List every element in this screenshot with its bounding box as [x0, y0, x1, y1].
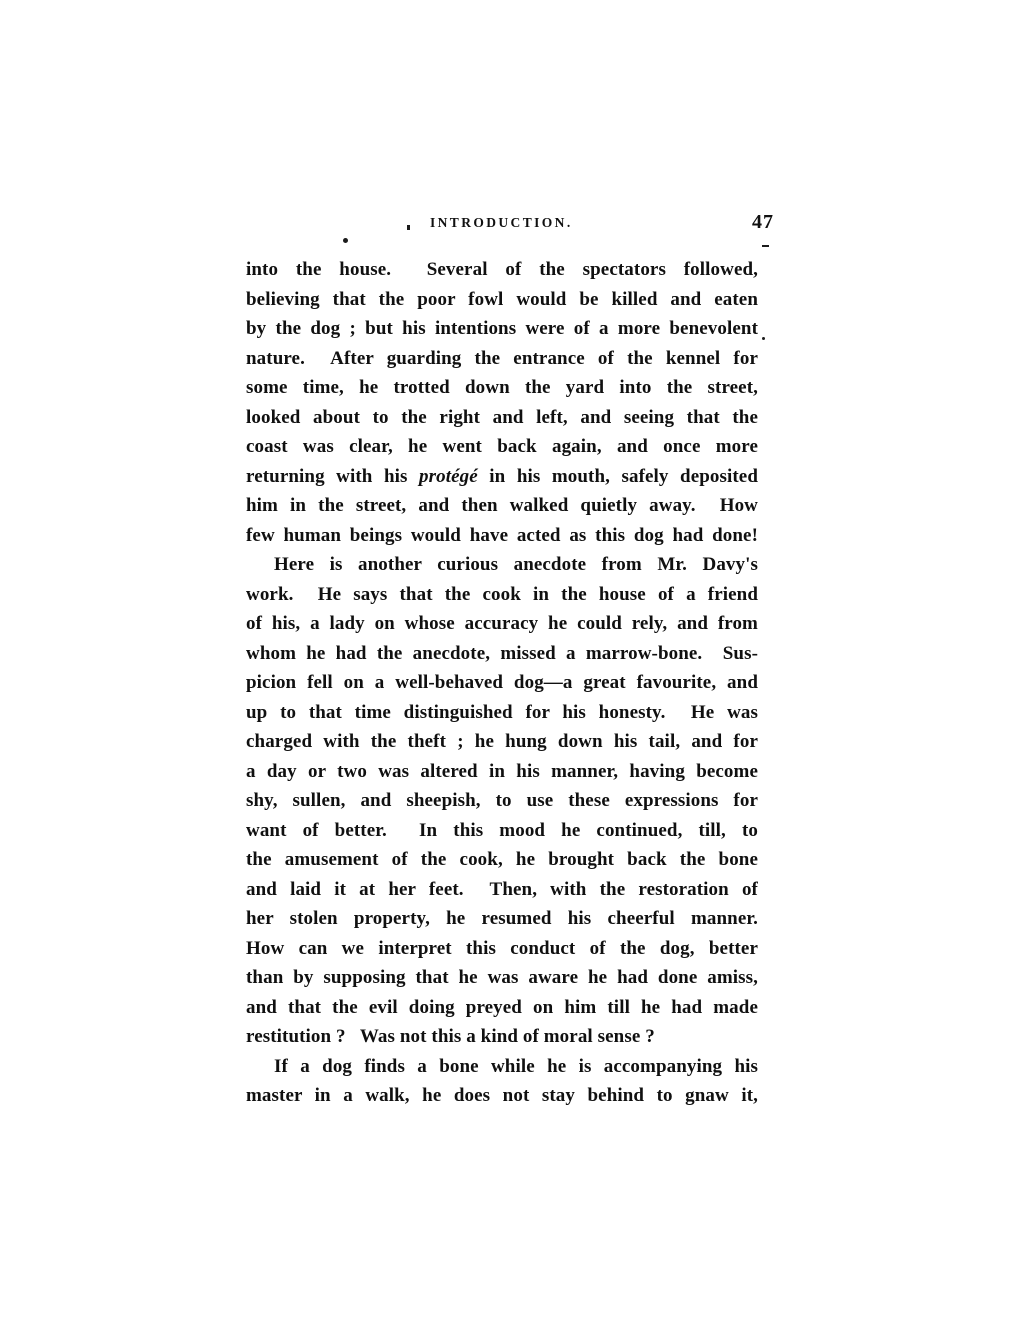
- ink-speck: [762, 245, 769, 247]
- text-line: by the dog ; but his intentions were of …: [246, 314, 758, 344]
- book-page: INTRODUCTION. 47 into the house. Several…: [0, 0, 1033, 1339]
- text-line: into the house. Several of the spectator…: [246, 255, 758, 285]
- text-line: coast was clear, he went back again, and…: [246, 432, 758, 462]
- text-line: than by supposing that he was aware he h…: [246, 963, 758, 993]
- text-line: shy, sullen, and sheepish, to use these …: [246, 786, 758, 816]
- page-body: into the house. Several of the spectator…: [246, 255, 758, 1111]
- text-line: her stolen property, he resumed his chee…: [246, 904, 758, 934]
- text-line: up to that time distinguished for his ho…: [246, 698, 758, 728]
- text-line: some time, he trotted down the yard into…: [246, 373, 758, 403]
- text-line: How can we interpret this conduct of the…: [246, 934, 758, 964]
- text-line: want of better. In this mood he continue…: [246, 816, 758, 846]
- running-title: INTRODUCTION.: [430, 215, 573, 231]
- text-line: work. He says that the cook in the house…: [246, 580, 758, 610]
- ink-speck: [762, 337, 765, 340]
- text-line: restitution ? Was not this a kind of mor…: [246, 1022, 758, 1052]
- text-line: master in a walk, he does not stay behin…: [246, 1081, 758, 1111]
- text-line: few human beings would have acted as thi…: [246, 521, 758, 551]
- text-line: and laid it at her feet. Then, with the …: [246, 875, 758, 905]
- text-segment: returning with his: [246, 466, 419, 487]
- text-segment: in his mouth, safely deposited: [478, 466, 758, 487]
- text-line: of his, a lady on whose accuracy he coul…: [246, 609, 758, 639]
- text-line: whom he had the anecdote, missed a marro…: [246, 639, 758, 669]
- text-line: him in the street, and then walked quiet…: [246, 491, 758, 521]
- ink-speck: [343, 238, 348, 243]
- text-line: If a dog finds a bone while he is accomp…: [246, 1052, 758, 1082]
- text-line: picion fell on a well-behaved dog—a grea…: [246, 668, 758, 698]
- italic-word: protégé: [419, 466, 478, 487]
- text-line: the amusement of the cook, he brought ba…: [246, 845, 758, 875]
- text-line: nature. After guarding the entrance of t…: [246, 344, 758, 374]
- text-line: and that the evil doing preyed on him ti…: [246, 993, 758, 1023]
- text-line: a day or two was altered in his manner, …: [246, 757, 758, 787]
- ink-speck: [407, 225, 410, 230]
- text-line: returning with his protégé in his mouth,…: [246, 462, 758, 492]
- text-line: believing that the poor fowl would be ki…: [246, 285, 758, 315]
- text-line: Here is another curious anecdote from Mr…: [246, 550, 758, 580]
- text-line: charged with the theft ; he hung down hi…: [246, 727, 758, 757]
- page-number: 47: [752, 211, 774, 234]
- text-line: looked about to the right and left, and …: [246, 403, 758, 433]
